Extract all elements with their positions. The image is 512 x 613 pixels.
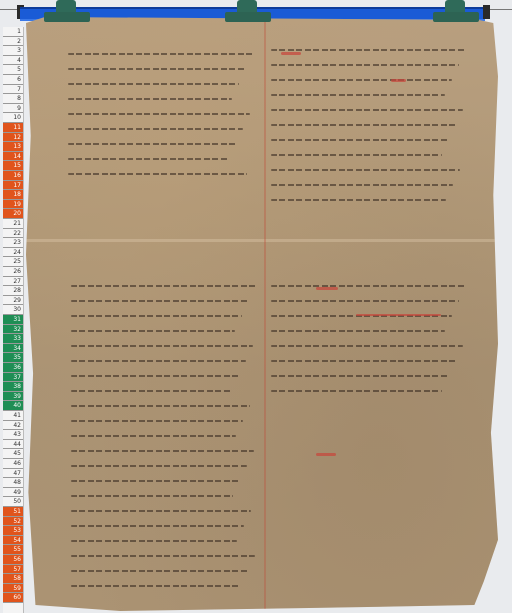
manuscript-text-line: [71, 555, 255, 557]
manuscript-text-line: [71, 345, 253, 347]
manuscript-text-line: [68, 68, 246, 70]
binder-clip-left: [44, 0, 90, 22]
scale-tick: 43: [3, 430, 23, 440]
manuscript-text-line: [71, 420, 243, 422]
manuscript-text-line: [71, 495, 233, 497]
manuscript-text-line: [68, 128, 243, 130]
scale-tick: 6: [3, 75, 23, 85]
scale-tick: 48: [3, 478, 23, 488]
manuscript-text-line: [71, 435, 236, 437]
lower-left-text-block: [71, 285, 261, 600]
bar-end-right: [483, 5, 490, 19]
scale-tick: 58: [3, 574, 23, 584]
scale-tick: 51: [3, 507, 23, 517]
manuscript-text-line: [71, 585, 241, 587]
scale-tick: 22: [3, 229, 23, 239]
manuscript-text-line: [271, 360, 456, 362]
scale-tick: 42: [3, 421, 23, 431]
scale-tick: 10: [3, 113, 23, 123]
manuscript-text-line: [71, 450, 254, 452]
scale-tick: 4: [3, 56, 23, 66]
scale-tick: 44: [3, 440, 23, 450]
binder-clip-center: [225, 0, 271, 22]
scale-tick: 37: [3, 373, 23, 383]
scale-tick: 24: [3, 248, 23, 258]
manuscript-text-line: [271, 169, 460, 171]
red-rubric-mark: [391, 79, 406, 82]
scale-tick: 17: [3, 181, 23, 191]
scale-tick: 21: [3, 219, 23, 229]
scale-tick: 55: [3, 545, 23, 555]
manuscript-text-line: [68, 83, 239, 85]
fold-line-horizontal: [26, 239, 498, 242]
scale-tick: 5: [3, 65, 23, 75]
manuscript-text-line: [71, 330, 235, 332]
manuscript-text-line: [71, 375, 239, 377]
scale-tick: 33: [3, 334, 23, 344]
scale-tick: 12: [3, 133, 23, 143]
scale-tick: 60: [3, 593, 23, 603]
manuscript-text-line: [68, 173, 247, 175]
scale-tick: 14: [3, 152, 23, 162]
manuscript-text-line: [271, 390, 442, 392]
manuscript-text-line: [71, 540, 237, 542]
manuscript-text-line: [71, 480, 240, 482]
scale-tick: 34: [3, 344, 23, 354]
upper-right-text-block: [271, 49, 471, 214]
scale-tick: 32: [3, 325, 23, 335]
scale-tick: 59: [3, 584, 23, 594]
scale-tick: 53: [3, 526, 23, 536]
scale-tick: 35: [3, 353, 23, 363]
scale-tick: 27: [3, 277, 23, 287]
scale-tick: 25: [3, 257, 23, 267]
manuscript-text-line: [68, 113, 250, 115]
scale-tick: 47: [3, 469, 23, 479]
manuscript-text-line: [71, 465, 247, 467]
scale-tick: 30: [3, 305, 23, 315]
manuscript-text-line: [271, 139, 449, 141]
scale-tick: 49: [3, 488, 23, 498]
manuscript-text-line: [71, 570, 248, 572]
scale-tick: 3: [3, 46, 23, 56]
manuscript-text-line: [68, 98, 232, 100]
scale-tick: 50: [3, 497, 23, 507]
scale-tick: 28: [3, 286, 23, 296]
scale-tick: 52: [3, 517, 23, 527]
manuscript-text-line: [68, 53, 253, 55]
manuscript-text-line: [271, 199, 446, 201]
manuscript-text-line: [271, 49, 466, 51]
manuscript-text-line: [271, 109, 463, 111]
scale-tick: 57: [3, 565, 23, 575]
scale-tick: 15: [3, 161, 23, 171]
manuscript-text-line: [71, 510, 251, 512]
scale-tick: 36: [3, 363, 23, 373]
scale-tick: 39: [3, 392, 23, 402]
scale-tick: 11: [3, 123, 23, 133]
manuscript-text-line: [271, 124, 456, 126]
manuscript-text-line: [71, 300, 249, 302]
scale-tick: 2: [3, 37, 23, 47]
scale-tick: 19: [3, 200, 23, 210]
manuscript-text-line: [71, 405, 250, 407]
manuscript-text-line: [71, 390, 232, 392]
scale-tick: 40: [3, 401, 23, 411]
scale-tick: 26: [3, 267, 23, 277]
scale-tick: 54: [3, 536, 23, 546]
scale-tick: 41: [3, 411, 23, 421]
manuscript-text-line: [68, 143, 236, 145]
lower-right-text-block: [271, 285, 471, 405]
scale-tick: 1: [3, 27, 23, 37]
manuscript-text-line: [271, 345, 463, 347]
manuscript-text-line: [271, 375, 449, 377]
scale-tick: 46: [3, 459, 23, 469]
scale-tick: 18: [3, 190, 23, 200]
red-rubric-mark: [316, 287, 338, 290]
scale-tick: 23: [3, 238, 23, 248]
manuscript-text-line: [271, 94, 445, 96]
scale-tick: 31: [3, 315, 23, 325]
manuscript-text-line: [68, 158, 229, 160]
manuscript-text-line: [271, 330, 445, 332]
manuscript-text-line: [271, 79, 452, 81]
measurement-scale: 1234567891011121314151617181920212223242…: [3, 27, 24, 613]
red-rubric-mark: [316, 453, 336, 456]
manuscript-text-line: [271, 300, 459, 302]
binder-clip-right: [433, 0, 479, 22]
red-rubric-line: [356, 314, 441, 316]
scale-tick: 45: [3, 449, 23, 459]
manuscript-text-line: [271, 64, 459, 66]
red-rubric-mark: [281, 52, 301, 55]
scale-tick: 38: [3, 382, 23, 392]
center-margin-line: [264, 17, 266, 611]
upper-left-text-block: [68, 53, 258, 188]
manuscript-text-line: [71, 285, 256, 287]
scale-tick: 29: [3, 296, 23, 306]
manuscript-text-line: [71, 315, 242, 317]
manuscript-text-line: [271, 184, 453, 186]
manuscript-text-line: [71, 360, 246, 362]
scale-tick: 9: [3, 104, 23, 114]
scale-tick: 13: [3, 142, 23, 152]
scale-tick: 8: [3, 94, 23, 104]
scale-tick: 20: [3, 209, 23, 219]
manuscript-text-line: [71, 525, 244, 527]
manuscript-sheet: [26, 17, 498, 611]
manuscript-text-line: [271, 154, 442, 156]
manuscript-text-line: [271, 285, 466, 287]
scale-tick: 7: [3, 85, 23, 95]
scale-tick: 16: [3, 171, 23, 181]
scale-tick: 56: [3, 555, 23, 565]
